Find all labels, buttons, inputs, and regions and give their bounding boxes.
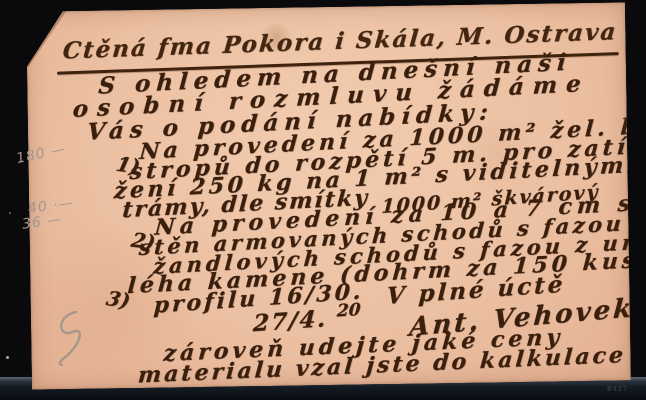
pencil-flourish-mark xyxy=(46,308,90,368)
faint-frame-number: B427 xyxy=(607,385,628,393)
scan-speck xyxy=(9,212,11,214)
handwritten-body: S ohledem na dnešní našiosobní rozmluvu … xyxy=(26,2,625,11)
corner-cut-crease xyxy=(27,10,67,67)
year: 20 xyxy=(336,300,361,322)
scan-speck xyxy=(6,356,9,359)
postcard: Ctěná fma Pokora i Skála, M. Ostrava S o… xyxy=(26,2,631,389)
date: 27/4. xyxy=(252,305,328,337)
